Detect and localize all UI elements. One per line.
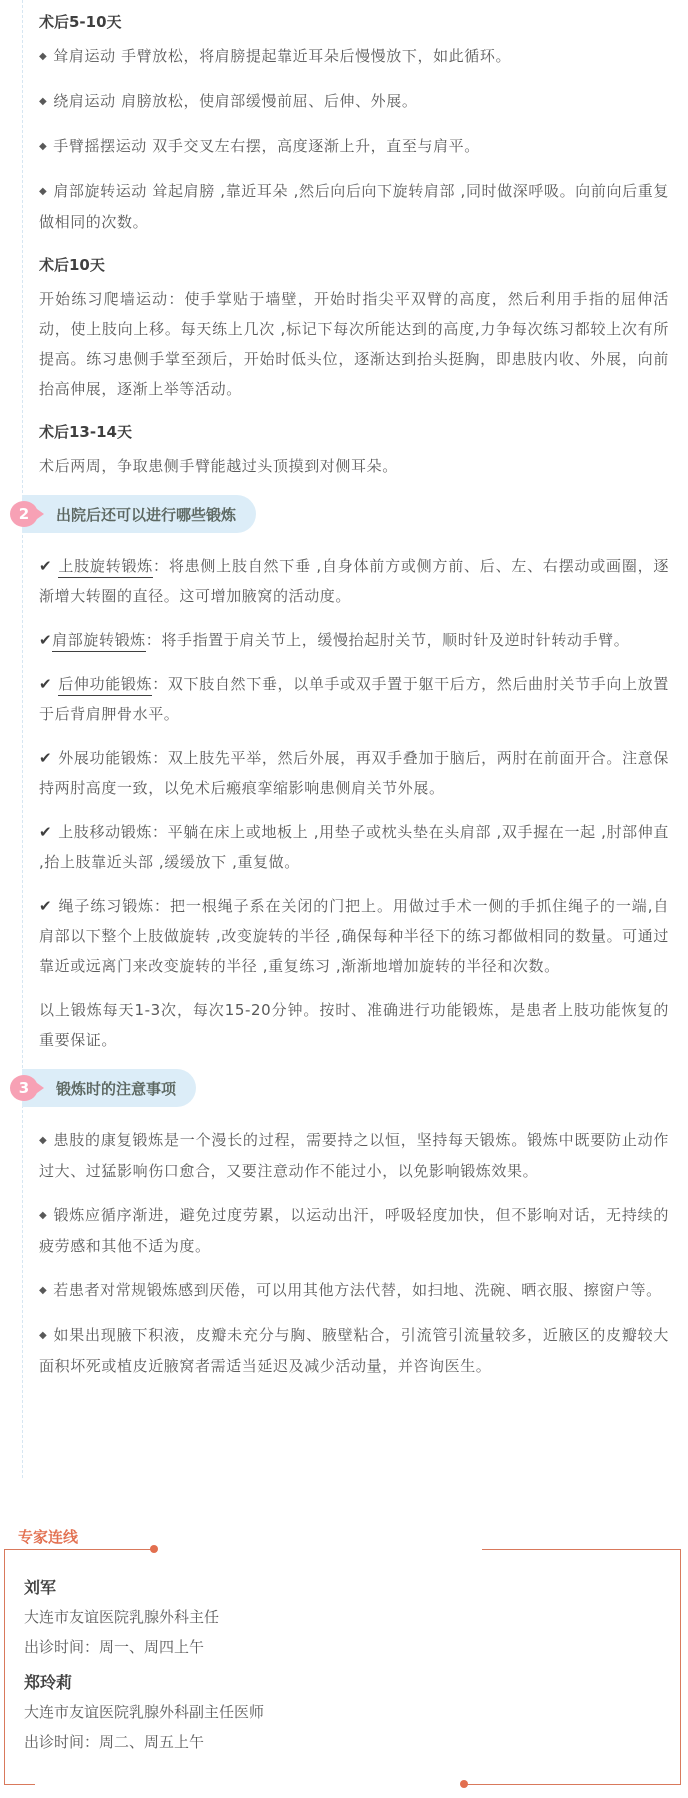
exercise-item: ✔绳子练习锻炼：把一根绳子系在关闭的门把上。用做过手术一侧的手抓住绳子的一端,自…	[39, 891, 669, 981]
phase-heading-13-14: 术后13-14天	[39, 418, 669, 446]
doctor-title: 大连市友谊医院乳腺外科主任	[24, 1602, 219, 1632]
check-icon: ✔	[39, 749, 52, 767]
exercise-name: 外展功能锻炼	[58, 749, 152, 767]
doctor-card: 郑玲莉 大连市友谊医院乳腺外科副主任医师 出诊时间：周二、周五上午	[24, 1669, 264, 1757]
exercise-name: 上肢移动锻炼	[58, 823, 152, 841]
exercise-item: ✔外展功能锻炼：双上肢先平举，然后外展，再双手叠加于脑后，两肘在前面开合。注意保…	[39, 743, 669, 803]
border-line	[482, 1549, 681, 1550]
section3-content: ◆患肢的康复锻炼是一个漫长的过程，需要持之以恒，坚持每天锻炼。锻炼中既要防止动作…	[0, 1125, 688, 1381]
exercise-name: 绳子练习锻炼	[58, 897, 154, 915]
border-line	[462, 1784, 681, 1785]
summary-text: 以上锻炼每天1-3次，每次15-20分钟。按时、准确进行功能锻炼，是患者上肢功能…	[39, 995, 669, 1055]
section2-content: ✔上肢旋转锻炼：将患侧上肢自然下垂 ,自身体前方或侧方前、后、左、右摆动或画圈，…	[0, 551, 688, 1055]
check-icon: ✔	[39, 631, 52, 649]
diamond-bullet-icon: ◆	[39, 96, 47, 107]
section-title: 出院后还可以进行哪些锻炼	[22, 495, 256, 533]
section-number-badge: 3	[10, 1075, 38, 1101]
list-item: ◆手臂摇摆运动 双手交叉左右摆，高度逐渐上升，直至与肩平。	[39, 131, 669, 162]
border-line	[4, 1549, 5, 1784]
exercise-name: 上肢旋转锻炼	[58, 557, 153, 578]
doctor-title: 大连市友谊医院乳腺外科副主任医师	[24, 1697, 264, 1727]
doctor-hours: 出诊时间：周一、周四上午	[24, 1632, 219, 1662]
border-line	[4, 1549, 154, 1550]
border-line	[680, 1549, 681, 1784]
exercise-name: 肩部旋转锻炼	[52, 631, 146, 652]
diamond-bullet-icon: ◆	[39, 141, 47, 152]
article: 术后5-10天 ◆耸肩运动 手臂放松，将肩膀提起靠近耳朵后慢慢放下，如此循环。 …	[0, 0, 688, 1381]
timeline-dashed-line	[22, 0, 23, 1478]
list-item: ◆若患者对常规锻炼感到厌倦，可以用其他方法代替，如扫地、洗碗、晒衣服、擦窗户等。	[39, 1275, 669, 1306]
doctor-card: 刘军 大连市友谊医院乳腺外科主任 出诊时间：周一、周四上午	[24, 1574, 219, 1662]
list-item: ◆锻炼应循序渐进，避免过度劳累，以运动出汗，呼吸轻度加快，但不影响对话，无持续的…	[39, 1200, 669, 1261]
list-item: ◆患肢的康复锻炼是一个漫长的过程，需要持之以恒，坚持每天锻炼。锻炼中既要防止动作…	[39, 1125, 669, 1186]
check-icon: ✔	[39, 557, 52, 575]
section1-content: 术后5-10天 ◆耸肩运动 手臂放松，将肩膀提起靠近耳朵后慢慢放下，如此循环。 …	[0, 8, 688, 481]
exercise-name: 后伸功能锻炼	[58, 675, 152, 696]
phase-heading-5-10: 术后5-10天	[39, 8, 669, 36]
list-item: ◆耸肩运动 手臂放松，将肩膀提起靠近耳朵后慢慢放下，如此循环。	[39, 41, 669, 72]
check-icon: ✔	[39, 897, 52, 915]
section-number-badge: 2	[10, 501, 38, 527]
diamond-bullet-icon: ◆	[39, 1330, 47, 1341]
doctor-name: 郑玲莉	[24, 1669, 264, 1697]
list-item: ◆如果出现腋下积液，皮瓣未充分与胸、腋壁粘合，引流管引流量较多，近腋区的皮瓣较大…	[39, 1320, 669, 1381]
phase-heading-10: 术后10天	[39, 251, 669, 279]
diamond-bullet-icon: ◆	[39, 1285, 47, 1296]
dot-decoration-icon	[460, 1780, 468, 1788]
border-line	[4, 1784, 35, 1785]
diamond-bullet-icon: ◆	[39, 1210, 47, 1221]
diamond-bullet-icon: ◆	[39, 1135, 47, 1146]
exercise-item: ✔上肢旋转锻炼：将患侧上肢自然下垂 ,自身体前方或侧方前、后、左、右摆动或画圈，…	[39, 551, 669, 611]
exercise-item: ✔后伸功能锻炼：双下肢自然下垂，以单手或双手置于躯干后方，然后曲肘关节手向上放置…	[39, 669, 669, 729]
doctor-name: 刘军	[24, 1574, 219, 1602]
list-item: ◆肩部旋转运动 耸起肩膀 ,靠近耳朵 ,然后向后向下旋转肩部 ,同时做深呼吸。向…	[39, 176, 669, 237]
section-title: 锻炼时的注意事项	[22, 1069, 196, 1107]
phase-10-text: 开始练习爬墙运动：使手掌贴于墙壁，开始时指尖平双臂的高度，然后利用手指的屈伸活动…	[39, 284, 669, 404]
section-header-2: 2 出院后还可以进行哪些锻炼	[10, 495, 688, 533]
phase-13-14-text: 术后两周，争取患侧手臂能越过头顶摸到对侧耳朵。	[39, 451, 669, 481]
doctor-hours: 出诊时间：周二、周五上午	[24, 1727, 264, 1757]
exercise-item: ✔上肢移动锻炼：平躺在床上或地板上 ,用垫子或枕头垫在头肩部 ,双手握在一起 ,…	[39, 817, 669, 877]
diamond-bullet-icon: ◆	[39, 51, 47, 62]
diamond-bullet-icon: ◆	[39, 186, 47, 197]
check-icon: ✔	[39, 823, 52, 841]
check-icon: ✔	[39, 675, 52, 693]
exercise-item: ✔肩部旋转锻炼：将手指置于肩关节上，缓慢抬起肘关节，顺时针及逆时针转动手臂。	[39, 625, 669, 655]
expert-contact-box: 专家连线 刘军 大连市友谊医院乳腺外科主任 出诊时间：周一、周四上午 郑玲莉 大…	[0, 1518, 688, 1798]
section-header-3: 3 锻炼时的注意事项	[10, 1069, 688, 1107]
expert-title: 专家连线	[18, 1526, 78, 1547]
dot-decoration-icon	[150, 1545, 158, 1553]
list-item: ◆绕肩运动 肩膀放松，使肩部缓慢前屈、后伸、外展。	[39, 86, 669, 117]
